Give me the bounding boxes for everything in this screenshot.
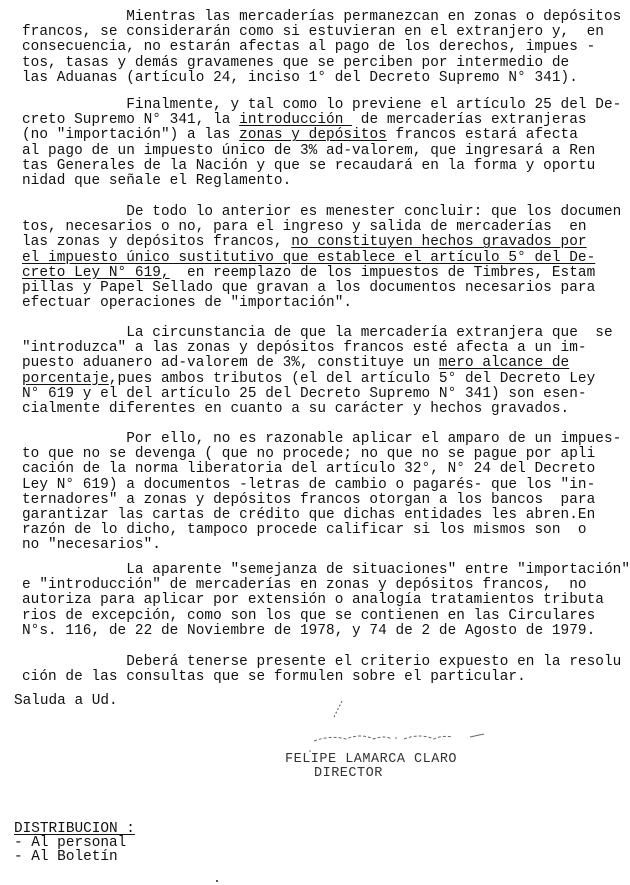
document-page: Mientras las mercaderías permanezcan en … [0, 0, 630, 885]
distribution-item: - Al personal [14, 836, 135, 850]
text-line: to que no se devenga ( que no procede; n… [22, 447, 622, 462]
underlined-text: el impuesto único sustitutivo que establ… [22, 250, 595, 266]
text-segment: francos, se considerarán como si estuvie… [22, 24, 604, 40]
underlined-text: introducción [239, 112, 352, 128]
text-segment: al pago de un impuesto único de 3% ad-va… [22, 143, 595, 159]
scan-speck [216, 880, 218, 882]
text-line: ción de las consultas que se formulen so… [22, 670, 622, 685]
text-line: efectuar operaciones de "importación". [22, 296, 622, 311]
text-line: autoriza para aplicar por extensión o an… [22, 593, 622, 608]
text-segment: efectuar operaciones de "importación". [22, 295, 352, 311]
text-line: ternadores" a zonas y depósitos francos … [22, 493, 622, 508]
paragraph-2: Finalmente, y tal como lo previene el ar… [22, 98, 622, 189]
text-line: no "necesarios". [22, 538, 622, 553]
text-line: N°s. 116, de 22 de Noviembre de 1978, y … [22, 624, 622, 639]
text-segment: to que no se devenga ( que no procede; n… [22, 446, 595, 462]
text-segment: razón de lo dicho, tampoco procede calif… [22, 522, 587, 538]
text-segment: Por ello, no es razonable aplicar el amp… [22, 431, 621, 447]
text-segment: Ley N° 619) a documentos -letras de camb… [22, 477, 595, 493]
text-segment: creto Supremo N° 341, la [22, 112, 239, 128]
text-segment: Mientras las mercaderías permanezcan en … [22, 9, 621, 25]
closing-salutation: Saluda a Ud. [14, 693, 118, 709]
text-line: cación de la norma liberatoria del artíc… [22, 462, 622, 477]
text-segment: ternadores" a zonas y depósitos francos … [22, 492, 595, 508]
text-segment: ,pues ambos tributos (el del artículo 5°… [109, 371, 595, 387]
text-segment: cialmente diferentes en cuanto a su cará… [22, 401, 569, 417]
text-line: Deberá tenerse presente el criterio expu… [22, 655, 622, 670]
text-line: al pago de un impuesto único de 3% ad-va… [22, 144, 622, 159]
signatory-name: FELIPE LAMARCA CLARO [285, 752, 457, 767]
text-segment: tos, necesarios o no, para el ingreso y … [22, 219, 587, 235]
text-line: La circunstancia de que la mercadería ex… [22, 326, 622, 341]
text-segment: nidad que señale el Reglamento. [22, 173, 291, 189]
text-line: pillas y Papel Sellado que gravan a los … [22, 281, 622, 296]
paragraph-7: Deberá tenerse presente el criterio expu… [22, 655, 622, 685]
text-line: consecuencia, no estarán afectas al pago… [22, 40, 622, 55]
underlined-text: no constituyen hechos gravados por [291, 234, 586, 250]
text-line: tas Generales de la Nación y que se reca… [22, 159, 622, 174]
text-segment: tas Generales de la Nación y que se reca… [22, 158, 595, 174]
text-line: tos, necesarios o no, para el ingreso y … [22, 220, 622, 235]
text-segment: La aparente "semejanza de situaciones" e… [22, 562, 630, 578]
text-segment: puesto aduanero ad-valorem de 3%, consti… [22, 355, 439, 371]
text-segment: La circunstancia de que la mercadería ex… [22, 325, 613, 341]
text-segment: las zonas y depósitos francos, [22, 234, 291, 250]
signatory-title: DIRECTOR [314, 766, 383, 781]
text-line: puesto aduanero ad-valorem de 3%, consti… [22, 356, 622, 371]
text-segment: pillas y Papel Sellado que gravan a los … [22, 280, 595, 296]
paragraph-6: La aparente "semejanza de situaciones" e… [22, 563, 622, 639]
text-line: creto Ley N° 619, en reemplazo de los im… [22, 266, 622, 281]
text-segment: Finalmente, y tal como lo previene el ar… [22, 97, 621, 113]
text-line: Mientras las mercaderías permanezcan en … [22, 10, 622, 25]
underlined-text: porcentaje [22, 371, 109, 387]
text-segment: de mercaderías extranjeras [352, 112, 587, 128]
text-line: garantizar las cartas de crédito que dic… [22, 508, 622, 523]
text-segment: garantizar las cartas de crédito que dic… [22, 507, 595, 523]
text-line: el impuesto único sustitutivo que establ… [22, 251, 622, 266]
text-line: Finalmente, y tal como lo previene el ar… [22, 98, 622, 113]
distribution-list: DISTRIBUCION : - Al personal - Al Boletí… [14, 822, 135, 864]
text-segment: en reemplazo de los impuestos de Timbres… [170, 265, 596, 281]
text-line: francos, se considerarán como si estuvie… [22, 25, 622, 40]
text-line: nidad que señale el Reglamento. [22, 174, 622, 189]
paragraph-1: Mientras las mercaderías permanezcan en … [22, 10, 622, 86]
text-line: porcentaje,pues ambos tributos (el del a… [22, 372, 622, 387]
text-line: De todo lo anterior es menester concluir… [22, 205, 622, 220]
text-segment: francos estará afecta [387, 127, 578, 143]
text-line: Ley N° 619) a documentos -letras de camb… [22, 478, 622, 493]
text-segment: ción de las consultas que se formulen so… [22, 669, 526, 685]
text-segment: e "introducción" de mercaderías en zonas… [22, 577, 587, 593]
paragraph-5: Por ello, no es razonable aplicar el amp… [22, 432, 622, 554]
text-line: creto Supremo N° 341, la introducción de… [22, 113, 622, 128]
text-line: las zonas y depósitos francos, no consti… [22, 235, 622, 250]
text-segment: no "necesarios". [22, 537, 161, 553]
text-line: e "introducción" de mercaderías en zonas… [22, 578, 622, 593]
text-line: rios de excepción, como son los que se c… [22, 609, 622, 624]
underlined-text: zonas y depósitos [239, 127, 387, 143]
text-segment: De todo lo anterior es menester concluir… [22, 204, 621, 220]
text-segment: cación de la norma liberatoria del artíc… [22, 461, 595, 477]
text-line: tos, tasas y demás gravamenes que se per… [22, 56, 622, 71]
text-segment: "introduzca" a las zonas y depósitos fra… [22, 340, 587, 356]
text-segment: N°s. 116, de 22 de Noviembre de 1978, y … [22, 623, 595, 639]
text-segment: tos, tasas y demás gravamenes que se per… [22, 55, 569, 71]
text-line: razón de lo dicho, tampoco procede calif… [22, 523, 622, 538]
text-line: N° 619 y el del artículo 25 del Decreto … [22, 387, 622, 402]
paragraph-4: La circunstancia de que la mercadería ex… [22, 326, 622, 417]
text-segment: autoriza para aplicar por extensión o an… [22, 592, 604, 608]
distribution-heading: DISTRIBUCION : [14, 822, 135, 836]
text-line: las Aduanas (artículo 24, inciso 1° del … [22, 71, 622, 86]
text-segment: las Aduanas (artículo 24, inciso 1° del … [22, 70, 578, 86]
text-line: (no "importación") a las zonas y depósit… [22, 128, 622, 143]
text-line: Por ello, no es razonable aplicar el amp… [22, 432, 622, 447]
distribution-item: - Al Boletín [14, 850, 135, 864]
text-segment: Deberá tenerse presente el criterio expu… [22, 654, 621, 670]
text-segment: rios de excepción, como son los que se c… [22, 608, 595, 624]
text-segment: (no "importación") a las [22, 127, 239, 143]
underlined-text: creto Ley N° 619, [22, 265, 170, 281]
underlined-text: mero alcance de [439, 355, 569, 371]
paragraph-3: De todo lo anterior es menester concluir… [22, 205, 622, 311]
text-line: "introduzca" a las zonas y depósitos fra… [22, 341, 622, 356]
text-line: cialmente diferentes en cuanto a su cará… [22, 402, 622, 417]
text-segment: N° 619 y el del artículo 25 del Decreto … [22, 386, 587, 402]
text-segment: consecuencia, no estarán afectas al pago… [22, 39, 595, 55]
text-line: La aparente "semejanza de situaciones" e… [22, 563, 622, 578]
